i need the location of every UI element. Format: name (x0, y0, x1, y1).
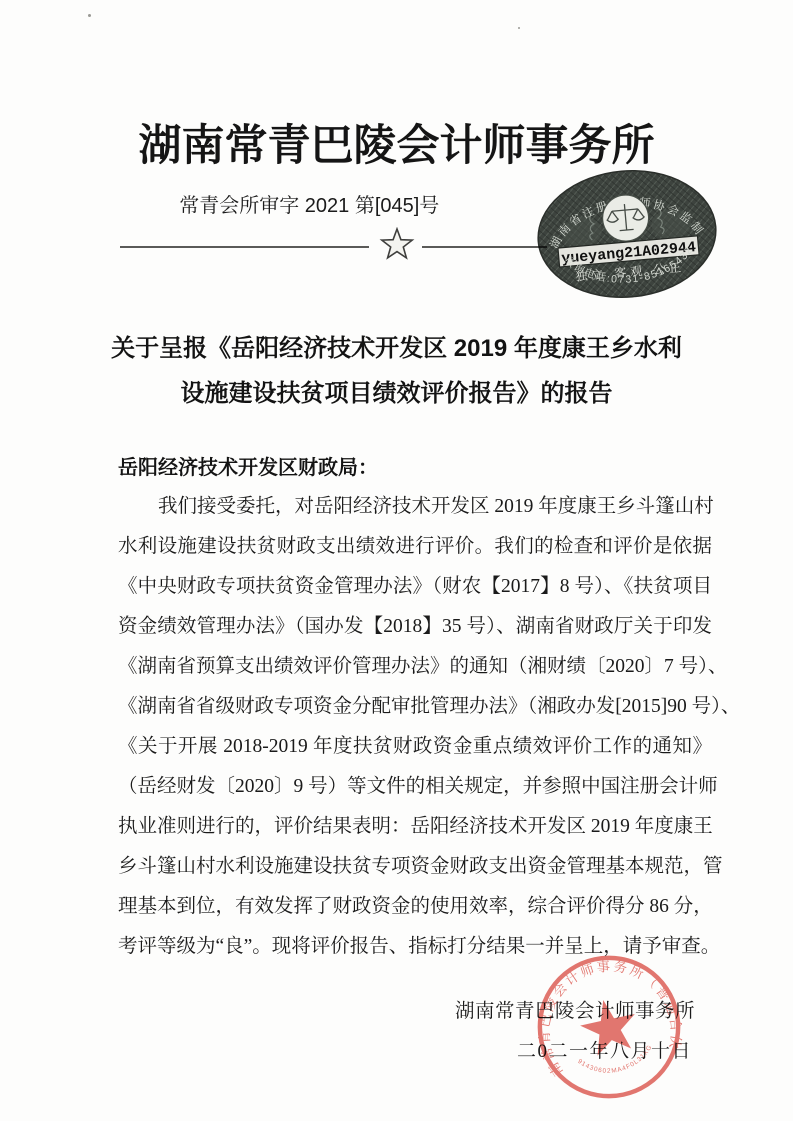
star-icon (378, 227, 416, 267)
report-title-line1: 关于呈报《岳阳经济技术开发区 2019 年度康王乡水利 (60, 326, 733, 371)
body-text: 我们接受委托，对岳阳经济技术开发区 2019 年度康王乡斗篷山村 水利设施建设扶… (118, 487, 712, 967)
seal-star (576, 994, 642, 1058)
document-number: 常青会所审字 2021 第[045]号 (0, 189, 619, 218)
body-line: （岳经财发〔2020〕9 号）等文件的相关规定，并参照中国注册会计师 (118, 767, 712, 807)
salutation: 岳阳经济技术开发区财政局： (118, 451, 718, 480)
report-title: 关于呈报《岳阳经济技术开发区 2019 年度康王乡水利 设施建设扶贫项目绩效评价… (60, 326, 733, 416)
body-line: 《关于开展 2018-2019 年度扶贫财政资金重点绩效评价工作的通知》 (118, 727, 712, 767)
body-line: 《湖南省省级财政专项资金分配审批管理办法》（湘政办发[2015]90 号）、 (118, 687, 712, 727)
scan-speck (88, 14, 91, 17)
report-title-line2: 设施建设扶贫项目绩效评价报告》的报告 (60, 371, 733, 416)
divider-line-left (120, 246, 369, 248)
body-line: 《中央财政专项扶贫资金管理办法》（财农【2017】8 号）、《扶贫项目 (118, 567, 712, 607)
body-line: 《湖南省预算支出绩效评价管理办法》的通知（湘财绩〔2020〕7 号）、 (118, 647, 712, 687)
firm-name-title: 湖南常青巴陵会计师事务所 (0, 112, 793, 173)
document-page: 湖南常青巴陵会计师事务所 常青会所审字 2021 第[045]号 湖南省注册会计… (0, 0, 793, 1121)
company-red-seal: 湖南常青巴陵会计师事务所（普通合伙） 91430602MA4F0L31XG (530, 948, 688, 1106)
seal-registration-code: 91430602MA4F0L31XG (575, 1042, 658, 1082)
body-line: 我们接受委托，对岳阳经济技术开发区 2019 年度康王乡斗篷山村 (118, 487, 712, 527)
body-line: 资金绩效管理办法》（国办发【2018】35 号）、湖南省财政厅关于印发 (118, 607, 712, 647)
body-line: 乡斗篷山村水利设施建设扶贫专项资金财政支出资金管理基本规范，管 (118, 847, 712, 887)
scan-speck (518, 27, 520, 29)
anti-counterfeit-stamp: 湖南省注册会计师协会监制 yueyang21A02944 独立 客观 公正 质询… (532, 166, 722, 306)
body-line: 水利设施建设扶贫财政支出绩效进行评价。我们的检查和评价是依据 (118, 527, 712, 567)
body-line: 理基本到位，有效发挥了财政资金的使用效率，综合评价得分 86 分， (118, 887, 712, 927)
body-line: 执业准则进行的，评价结果表明：岳阳经济技术开发区 2019 年度康王 (118, 807, 712, 847)
divider-line-right (422, 246, 547, 248)
